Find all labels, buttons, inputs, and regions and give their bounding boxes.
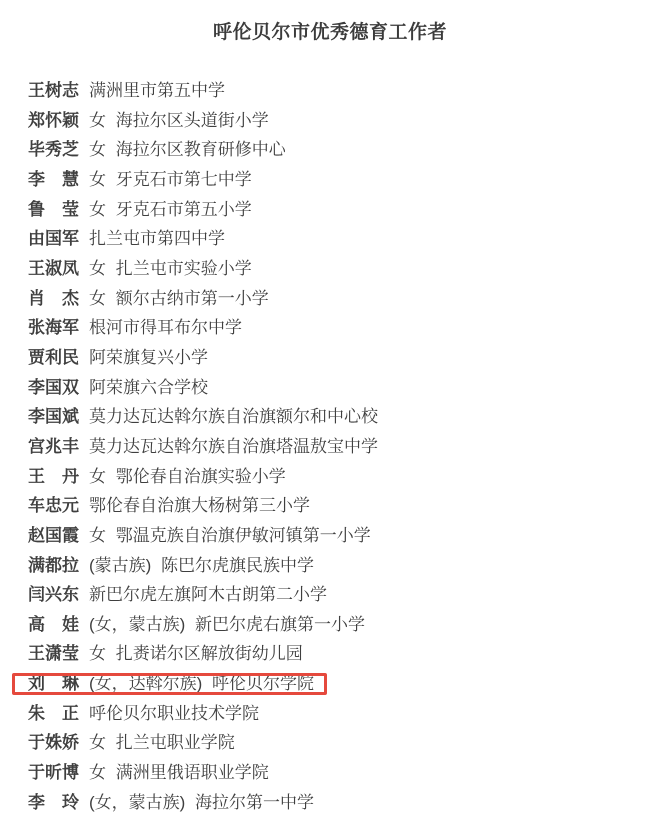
list-item: 闫兴东新巴尔虎左旗阿木古朗第二小学 — [28, 580, 632, 610]
person-affiliation: 新巴尔虎左旗阿木古朗第二小学 — [89, 585, 327, 604]
person-name: 郑怀颖 — [28, 111, 79, 130]
person-name: 高 娃 — [28, 615, 79, 634]
list-item: 李国斌莫力达瓦达斡尔族自治旗额尔和中心校 — [28, 402, 632, 432]
list-item: 于姝娇女 扎兰屯职业学院 — [28, 728, 632, 758]
person-name: 宫兆丰 — [28, 437, 79, 456]
person-affiliation: 女 鄂伦春自治旗实验小学 — [89, 467, 286, 486]
person-name: 于姝娇 — [28, 733, 79, 752]
person-affiliation: 鄂伦春自治旗大杨树第三小学 — [89, 496, 310, 515]
person-name: 由国军 — [28, 229, 79, 248]
list-item: 王潇莹女 扎赉诺尔区解放街幼儿园 — [28, 639, 632, 669]
person-affiliation: (蒙古族) 陈巴尔虎旗民族中学 — [89, 556, 314, 575]
list-item: 李 慧女 牙克石市第七中学 — [28, 165, 632, 195]
person-name: 闫兴东 — [28, 585, 79, 604]
list-item: 郑怀颖女 海拉尔区头道街小学 — [28, 106, 632, 136]
list-item: 肖 杰女 额尔古纳市第一小学 — [28, 284, 632, 314]
list-item: 李国双阿荣旗六合学校 — [28, 373, 632, 403]
page: 呼伦贝尔市优秀德育工作者 王树志满洲里市第五中学郑怀颖女 海拉尔区头道街小学毕秀… — [0, 0, 660, 835]
list-item: 王淑凤女 扎兰屯市实验小学 — [28, 254, 632, 284]
person-name: 满都拉 — [28, 556, 79, 575]
list-item: 朱 正呼伦贝尔职业技术学院 — [28, 699, 632, 729]
list-item: 毕秀芝女 海拉尔区教育研修中心 — [28, 135, 632, 165]
list-item: 王 丹女 鄂伦春自治旗实验小学 — [28, 462, 632, 492]
list-item: 刘 琳(女，达斡尔族) 呼伦贝尔学院 — [28, 669, 632, 699]
person-affiliation: 女 扎兰屯市实验小学 — [89, 259, 252, 278]
person-name: 鲁 莹 — [28, 200, 79, 219]
awardee-list: 王树志满洲里市第五中学郑怀颖女 海拉尔区头道街小学毕秀芝女 海拉尔区教育研修中心… — [28, 76, 632, 817]
person-name: 肖 杰 — [28, 289, 79, 308]
person-affiliation: 女 牙克石市第七中学 — [89, 170, 252, 189]
person-affiliation: 女 鄂温克族自治旗伊敏河镇第一小学 — [89, 526, 371, 545]
list-item: 贾利民阿荣旗复兴小学 — [28, 343, 632, 373]
list-item: 由国军扎兰屯市第四中学 — [28, 224, 632, 254]
person-name: 车忠元 — [28, 496, 79, 515]
person-affiliation: (女，蒙古族) 海拉尔第一中学 — [89, 793, 314, 812]
list-item: 车忠元鄂伦春自治旗大杨树第三小学 — [28, 491, 632, 521]
person-affiliation: 莫力达瓦达斡尔族自治旗额尔和中心校 — [89, 407, 378, 426]
person-affiliation: 女 海拉尔区头道街小学 — [89, 111, 269, 130]
person-affiliation: (女，达斡尔族) 呼伦贝尔学院 — [89, 674, 314, 693]
person-affiliation: 女 扎兰屯职业学院 — [89, 733, 235, 752]
person-affiliation: 根河市得耳布尔中学 — [89, 318, 242, 337]
person-affiliation: 女 牙克石市第五小学 — [89, 200, 252, 219]
person-name: 毕秀芝 — [28, 140, 79, 159]
person-name: 王树志 — [28, 81, 79, 100]
list-item: 高 娃(女，蒙古族) 新巴尔虎右旗第一小学 — [28, 610, 632, 640]
person-name: 王 丹 — [28, 467, 79, 486]
person-name: 赵国霞 — [28, 526, 79, 545]
list-item: 王树志满洲里市第五中学 — [28, 76, 632, 106]
person-affiliation: 女 额尔古纳市第一小学 — [89, 289, 269, 308]
person-affiliation: 女 满洲里俄语职业学院 — [89, 763, 269, 782]
person-affiliation: (女，蒙古族) 新巴尔虎右旗第一小学 — [89, 615, 365, 634]
list-item: 鲁 莹女 牙克石市第五小学 — [28, 195, 632, 225]
person-affiliation: 阿荣旗六合学校 — [89, 378, 208, 397]
person-name: 于昕博 — [28, 763, 79, 782]
person-name: 李 慧 — [28, 170, 79, 189]
person-affiliation: 满洲里市第五中学 — [89, 81, 225, 100]
list-item: 宫兆丰莫力达瓦达斡尔族自治旗塔温敖宝中学 — [28, 432, 632, 462]
person-name: 王潇莹 — [28, 644, 79, 663]
list-item: 满都拉(蒙古族) 陈巴尔虎旗民族中学 — [28, 551, 632, 581]
person-affiliation: 扎兰屯市第四中学 — [89, 229, 225, 248]
person-name: 朱 正 — [28, 704, 79, 723]
person-affiliation: 莫力达瓦达斡尔族自治旗塔温敖宝中学 — [89, 437, 378, 456]
person-name: 张海军 — [28, 318, 79, 337]
person-affiliation: 呼伦贝尔职业技术学院 — [89, 704, 259, 723]
person-name: 刘 琳 — [28, 674, 79, 693]
person-affiliation: 女 海拉尔区教育研修中心 — [89, 140, 286, 159]
person-name: 贾利民 — [28, 348, 79, 367]
person-name: 王淑凤 — [28, 259, 79, 278]
person-name: 李国双 — [28, 378, 79, 397]
person-affiliation: 女 扎赉诺尔区解放街幼儿园 — [89, 644, 303, 663]
list-item: 于昕博女 满洲里俄语职业学院 — [28, 758, 632, 788]
person-affiliation: 阿荣旗复兴小学 — [89, 348, 208, 367]
list-item: 赵国霞女 鄂温克族自治旗伊敏河镇第一小学 — [28, 521, 632, 551]
list-item: 李 玲(女，蒙古族) 海拉尔第一中学 — [28, 788, 632, 818]
page-title: 呼伦贝尔市优秀德育工作者 — [28, 0, 632, 44]
person-name: 李 玲 — [28, 793, 79, 812]
person-name: 李国斌 — [28, 407, 79, 426]
list-item: 张海军根河市得耳布尔中学 — [28, 313, 632, 343]
